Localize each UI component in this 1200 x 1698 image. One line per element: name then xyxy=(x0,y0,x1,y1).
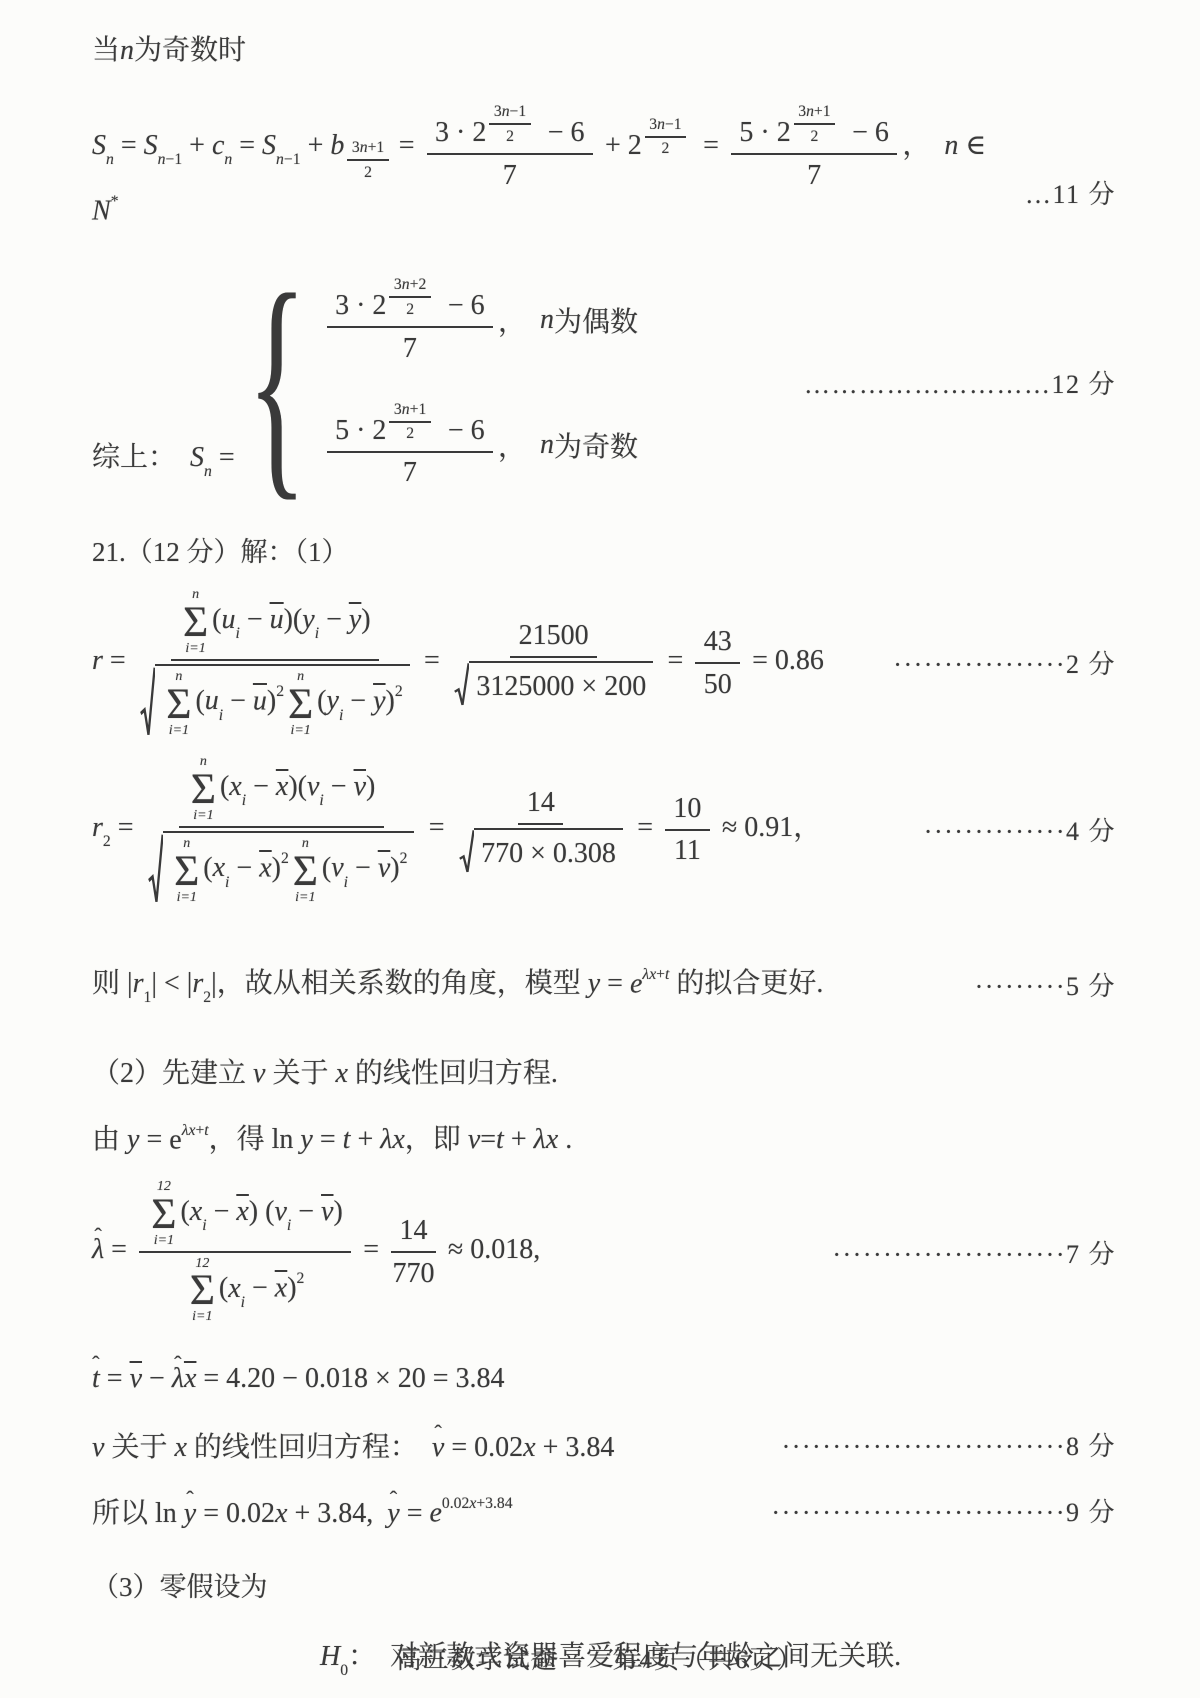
sqrt-group: 3125000 × 200 xyxy=(454,661,653,707)
denominator: 770 × 0.308 xyxy=(457,825,626,874)
superscript-group: 23n−12 xyxy=(628,115,689,162)
fraction: 1011 xyxy=(665,791,710,869)
math-var: y xyxy=(302,604,314,635)
equation-lambda-hat: ˆλ = 12Σi=1(xi − x) (vi − v)12Σi=1(xi − … xyxy=(92,1179,1116,1325)
text-run: 的线性回归方程. xyxy=(348,1058,558,1089)
text-run: − xyxy=(223,685,253,716)
part2-header: （2）先建立 v 关于 x 的线性回归方程. xyxy=(92,1051,1116,1091)
subscript-group: xi xyxy=(229,769,246,811)
text-run: − xyxy=(207,1196,237,1227)
text-run: 2 xyxy=(364,164,372,181)
text-run: 2 xyxy=(276,683,284,700)
text-run: + xyxy=(598,130,628,161)
text-run: = 0.02 xyxy=(444,1432,523,1463)
subscript: n xyxy=(204,463,212,481)
overbar-var: x xyxy=(259,852,271,883)
overbar-var: x xyxy=(275,1273,287,1304)
part3-label: （3）零假设为 xyxy=(92,1565,268,1604)
text-run: 14 xyxy=(527,787,555,818)
text-run: = 0.02 xyxy=(196,1498,275,1529)
text-run: 2 xyxy=(406,301,414,318)
text-run: = xyxy=(232,130,262,161)
subscript-group: xi xyxy=(228,1271,245,1313)
fraction: 5 · 23n+12 − 67 xyxy=(327,400,493,491)
fraction: 3n−12 xyxy=(645,115,687,159)
hat-var: ˆy xyxy=(387,1494,399,1530)
superscript: λx+t xyxy=(182,1122,209,1140)
text-run: = xyxy=(480,1124,496,1155)
sigma-sum: nΣi=1 xyxy=(293,836,318,905)
fraction: 5 · 23n+12 − 67 xyxy=(731,102,897,193)
numerator: 3 · 23n−12 − 6 xyxy=(427,102,593,155)
statement-when-n-odd: 当n为奇数时 xyxy=(92,28,1116,68)
superscript: 2 xyxy=(297,1269,305,1289)
math-var: λx xyxy=(182,1122,196,1139)
superscript-group: (xi − x)2 xyxy=(219,1269,305,1312)
math-var: S xyxy=(144,130,158,161)
text-run: = xyxy=(600,968,630,999)
superscript-group: N* xyxy=(92,193,119,227)
hat-mark-icon: ˆ xyxy=(174,1351,181,1377)
overbar-var: y xyxy=(373,685,385,716)
text-run: + 3.84 xyxy=(536,1432,615,1463)
score-8: ····························8 分 xyxy=(782,1426,1116,1463)
sum-lower-limit: i=1 xyxy=(295,890,315,905)
sum-lower-limit: i=1 xyxy=(193,808,213,823)
score-4: ··············4 分 xyxy=(924,811,1116,848)
superscript-group: (yi − y)2 xyxy=(317,682,403,725)
subscript-group: ui xyxy=(205,683,223,725)
math-var: v xyxy=(331,852,343,883)
sigma-icon: Σ xyxy=(183,603,208,641)
math-var: y xyxy=(327,685,339,716)
fraction: 215003125000 × 200 xyxy=(452,618,656,707)
math-var: b xyxy=(330,130,344,161)
text-run: −1 xyxy=(165,151,182,168)
hat-var: ˆv xyxy=(432,1428,444,1464)
math-var: x xyxy=(228,1273,240,1304)
fraction: 3 · 23n−12 − 67 xyxy=(427,102,593,193)
fraction: 3 · 23n+22 − 67 xyxy=(327,275,493,366)
text-run: ( xyxy=(195,685,204,716)
text-run: 0.02 xyxy=(442,1495,469,1512)
sqrt-group: 770 × 0.308 xyxy=(459,828,623,874)
text-run: = 0.86 xyxy=(745,645,824,676)
text-run: − xyxy=(319,604,349,635)
superscript-group: 23n+12 xyxy=(777,102,838,150)
text-run: − xyxy=(229,852,259,883)
subscript-group: Sn−1 xyxy=(144,130,183,169)
superscript: 2 xyxy=(400,849,408,869)
math-var: v xyxy=(307,771,319,802)
math-var: n xyxy=(120,35,134,66)
hat-mark-icon: ˆ xyxy=(434,1420,441,1446)
numerator: 14 xyxy=(518,785,563,825)
superscript: λx+t xyxy=(642,966,669,984)
subscript-group: Sn xyxy=(190,442,212,481)
text-run: 7 xyxy=(503,160,517,191)
text-run: 2 xyxy=(395,683,403,700)
math-var: r xyxy=(92,812,103,843)
radicand: 3125000 × 200 xyxy=(469,661,653,707)
text-run: − xyxy=(348,852,378,883)
text-run: + 3.84, xyxy=(287,1498,387,1529)
numerator: 3n−1 xyxy=(645,115,687,138)
text-run: ( xyxy=(317,685,326,716)
text-run: 为偶数 xyxy=(554,300,638,340)
superscript: 3n+12 xyxy=(386,400,433,444)
superscript: 3n+12 xyxy=(791,102,838,146)
math-var: x xyxy=(190,1196,202,1227)
text-run: − xyxy=(142,1363,172,1394)
subscript: n xyxy=(106,151,114,169)
r1-formula: r = nΣi=1(ui − u)(yi − y)nΣi=1(ui − u)2n… xyxy=(92,587,824,738)
text-run: + xyxy=(301,130,331,161)
math-var: n xyxy=(276,151,284,168)
numerator: 3n−1 xyxy=(489,102,531,125)
text-run: 的拟合更好. xyxy=(669,968,823,999)
math-var: n xyxy=(402,276,410,293)
text-run: ( xyxy=(203,852,212,883)
subscript: n−1 xyxy=(276,151,301,169)
text-run: ) ( xyxy=(249,1196,275,1227)
equation-sn-summary: 综上： Sn = {3 · 23n+22 − 67， n为偶数5 · 23n+1… xyxy=(92,275,1116,490)
text-run: ( xyxy=(180,1196,189,1227)
numerator: 3n+2 xyxy=(389,275,431,298)
text-run: 50 xyxy=(704,669,732,700)
text-run: +1 xyxy=(368,139,385,156)
subscript: 2 xyxy=(203,989,211,1007)
superscript-group: e0.02x+3.84 xyxy=(429,1495,512,1529)
math-var: x xyxy=(174,1432,186,1463)
text-run: 3 xyxy=(798,103,806,120)
text-run: | < | xyxy=(151,968,192,999)
text-run: 所以 ln xyxy=(92,1498,184,1529)
brace-icon: { xyxy=(247,280,307,485)
math-var: λx xyxy=(534,1124,559,1155)
text-run: = xyxy=(139,1124,169,1155)
denominator: 7 xyxy=(403,453,417,491)
text-run: + xyxy=(350,1124,380,1155)
score-12: ………………………12 分 xyxy=(804,364,1116,401)
text-run: 为奇数时 xyxy=(134,35,246,66)
math-var: λx xyxy=(380,1124,405,1155)
subscript-group: r2 xyxy=(192,968,211,1007)
problem-21-header: 21.（12 分）解：（1） xyxy=(92,530,1116,569)
fraction: 3n+12 xyxy=(347,138,389,182)
text-run: − xyxy=(240,604,270,635)
sum-lower-limit: i=1 xyxy=(192,1309,212,1324)
text-run: = xyxy=(114,130,144,161)
overbar-var: y xyxy=(349,604,361,635)
fraction: 14770 × 0.308 xyxy=(457,785,626,874)
text-run: 由 xyxy=(92,1124,127,1155)
superscript: 2 xyxy=(276,682,284,702)
denominator: 770 xyxy=(392,1253,434,1291)
r2-formula: r2 = nΣi=1(xi − x)(vi − v)nΣi=1(xi − x)2… xyxy=(92,754,821,905)
radical-icon xyxy=(459,828,474,874)
subscript: 2 xyxy=(103,833,111,851)
text-run: 770 × 0.308 xyxy=(481,836,616,871)
problem-21-label: 21.（12 分）解：（1） xyxy=(92,530,349,569)
subscript-group: xi xyxy=(213,850,230,892)
text-run: ) xyxy=(272,852,281,883)
text-run: = xyxy=(104,1234,134,1265)
case-row: 5 · 23n+12 − 67， n为奇数 xyxy=(322,400,638,491)
math-var: y xyxy=(127,1124,139,1155)
text-run: 综上： xyxy=(92,442,190,473)
fraction: 12Σi=1(xi − x) (vi − v)12Σi=1(xi − x)2 xyxy=(139,1179,351,1325)
hat-mark-icon: ˆ xyxy=(390,1486,397,1512)
denominator: 7 xyxy=(403,328,417,366)
math-var: n xyxy=(806,103,814,120)
text-run: = xyxy=(100,1363,130,1394)
text-run: −1 xyxy=(665,116,682,133)
superscript: 3n−12 xyxy=(642,115,689,159)
numerator: 43 xyxy=(695,624,740,664)
sigma-sum: 12Σi=1 xyxy=(190,1256,215,1325)
superscript: * xyxy=(111,193,119,211)
math-var: u xyxy=(221,604,235,635)
denominator: 2 xyxy=(364,161,372,182)
sigma-sum: nΣi=1 xyxy=(191,754,216,823)
text-run: 2 xyxy=(203,989,211,1006)
math-var: v xyxy=(274,1196,286,1227)
text-run: − 6 xyxy=(838,117,889,148)
sigma-sum: nΣi=1 xyxy=(183,587,208,656)
text-run: 5 · xyxy=(739,117,776,148)
text-run: （2）先建立 xyxy=(92,1058,253,1089)
math-var: n xyxy=(106,151,114,168)
text-run: + xyxy=(504,1124,534,1155)
math-var: r xyxy=(133,968,144,999)
case-rows: 3 · 23n+22 − 67， n为偶数5 · 23n+12 − 67， n为… xyxy=(322,275,638,490)
hat-var: ˆλ xyxy=(92,1231,104,1267)
sigma-sum: nΣi=1 xyxy=(288,669,313,738)
text-run: 3 · xyxy=(335,290,372,321)
score-7: ·······················7 分 xyxy=(832,1234,1116,1271)
superscript-group: (ui − u)2 xyxy=(195,682,284,725)
math-var: n xyxy=(540,429,554,461)
math-var: e xyxy=(630,968,642,999)
superscript-group: 23n+22 xyxy=(372,275,433,323)
text-run: . xyxy=(558,1124,572,1155)
text-run: = xyxy=(630,812,660,843)
fraction: 3n+12 xyxy=(389,400,431,444)
text-run: = xyxy=(356,1234,386,1265)
derivation-text: 由 y = eλx+t，得 ln y = t + λx，即 v=t + λx . xyxy=(92,1117,572,1157)
superscript: 3n+22 xyxy=(386,275,433,319)
math-var: y xyxy=(300,1124,312,1155)
text-run: ) xyxy=(361,604,370,635)
fraction: 4350 xyxy=(695,624,740,702)
text-run: 7 xyxy=(807,160,821,191)
text-run: − xyxy=(246,771,276,802)
text-run: 关于 xyxy=(104,1432,174,1463)
superscript-group: (xi − x)2 xyxy=(203,849,289,892)
sn-piecewise-formula: 综上： Sn = {3 · 23n+22 − 67， n为偶数5 · 23n+1… xyxy=(92,275,638,490)
superscript: 2 xyxy=(395,682,403,702)
text-run: +1 xyxy=(410,401,427,418)
text-run: 43 xyxy=(704,626,732,657)
denominator: 2 xyxy=(810,125,818,146)
text-run: 2 xyxy=(662,140,670,157)
subscript-group: Sn xyxy=(92,130,114,169)
text-run: 2 xyxy=(628,130,642,161)
text-run: 2 xyxy=(777,117,791,148)
text-run: )( xyxy=(288,771,307,802)
part3-header: （3）零假设为 xyxy=(92,1565,1116,1604)
fraction: 14770 xyxy=(391,1213,436,1291)
sqrt-group: nΣi=1(ui − u)2nΣi=1(yi − y)2 xyxy=(140,664,410,738)
text-run: * xyxy=(111,193,119,210)
text-run: 2 xyxy=(400,850,408,867)
sum-lower-limit: i=1 xyxy=(154,1233,174,1248)
sum-lower-limit: i=1 xyxy=(169,723,189,738)
sum-lower-limit: i=1 xyxy=(177,890,197,905)
text-run: 2 xyxy=(810,128,818,145)
statement-model-comparison: 则 |r1| < |r2|，故从相关系数的角度，模型 y = eλx+t 的拟合… xyxy=(92,961,1116,1007)
text-run: 3 xyxy=(494,103,502,120)
text-run: 2 xyxy=(472,117,486,148)
fraction: 3n−12 xyxy=(489,102,531,146)
subscript: 3n+12 xyxy=(344,138,391,182)
subscript-group: Sn−1 xyxy=(262,130,301,169)
math-var: e xyxy=(429,1498,441,1529)
text-run: ，即 xyxy=(405,1124,468,1155)
hat-mark-icon: ˆ xyxy=(186,1486,193,1512)
equation-v-regression: v 关于 x 的线性回归方程： ˆv = 0.02x + 3.84 ······… xyxy=(92,1425,1116,1465)
text-run: +2 xyxy=(410,276,427,293)
equation-r1: r = nΣi=1(ui − u)(yi − y)nΣi=1(ui − u)2n… xyxy=(92,587,1116,738)
text-run: +1 xyxy=(814,103,831,120)
t-hat-formula: ˆt = v − ˆλx = 4.20 − 0.018 × 20 = 3.84 xyxy=(92,1359,505,1395)
sigma-icon: Σ xyxy=(151,1195,176,1233)
text-run: ) xyxy=(390,852,399,883)
text-run: = xyxy=(313,1124,343,1155)
subscript-group: r1 xyxy=(133,968,152,1007)
math-var: x xyxy=(335,1058,347,1089)
text-run: = xyxy=(392,130,422,161)
sigma-sum: 12Σi=1 xyxy=(151,1179,176,1248)
text-run: ) xyxy=(333,1196,342,1227)
text-run: 2 xyxy=(297,1270,305,1287)
text-run: +3.84 xyxy=(476,1495,512,1512)
equation-lny: 所以 ln ˆy = 0.02x + 3.84, ˆy = e0.02x+3.8… xyxy=(92,1491,1116,1531)
text-run: 2 xyxy=(372,290,386,321)
radical-icon xyxy=(454,661,469,707)
text-run: = xyxy=(422,812,452,843)
superscript: 0.02x+3.84 xyxy=(442,1495,513,1513)
text-run: )( xyxy=(284,604,303,635)
text-run: = xyxy=(417,645,447,676)
fraction: nΣi=1(xi − x)(vi − v)nΣi=1(xi − x)2nΣi=1… xyxy=(146,754,417,905)
text-run: ， xyxy=(902,130,944,161)
text-run: = xyxy=(689,130,726,161)
text-run: − xyxy=(343,685,373,716)
sqrt-group: nΣi=1(xi − x)2nΣi=1(vi − v)2 xyxy=(148,831,415,905)
text-run: = xyxy=(400,1498,430,1529)
score-9: ·····························9 分 xyxy=(771,1492,1116,1529)
denominator: 11 xyxy=(674,831,701,869)
text-run: 2 xyxy=(406,425,414,442)
score-5: ·········5 分 xyxy=(975,966,1116,1003)
sigma-icon: Σ xyxy=(288,685,313,723)
denominator: 2 xyxy=(406,423,414,444)
page-footer-text: 高三数学试题 第4页（共6页） xyxy=(396,1647,803,1674)
piecewise-cases: {3 · 23n+22 − 67， n为偶数5 · 23n+12 − 67， n… xyxy=(242,275,638,490)
text-run: − xyxy=(324,771,354,802)
text-run: ) xyxy=(386,685,395,716)
math-var: x xyxy=(229,771,241,802)
text-run: + xyxy=(195,1122,204,1139)
text-run: 3 · xyxy=(435,117,472,148)
text-run: 21500 xyxy=(519,620,589,651)
sigma-sum: nΣi=1 xyxy=(174,836,199,905)
text-run: 2 xyxy=(281,850,289,867)
math-var: r xyxy=(192,968,203,999)
text-run: 3 xyxy=(352,139,360,156)
text-run: ) xyxy=(287,1273,296,1304)
denominator: nΣi=1(xi − x)2nΣi=1(vi − v)2 xyxy=(146,828,417,905)
math-var: u xyxy=(205,685,219,716)
hat-var: ˆt xyxy=(92,1359,100,1395)
math-var: S xyxy=(190,442,204,473)
overbar-var: u xyxy=(253,685,267,716)
text-run: ( xyxy=(220,771,229,802)
text-run: 11 xyxy=(674,835,701,866)
numerator: 3n+1 xyxy=(347,138,389,161)
equation-r2: r2 = nΣi=1(xi − x)(vi − v)nΣi=1(xi − x)2… xyxy=(92,754,1116,905)
math-var: S xyxy=(262,130,276,161)
text-run: −1 xyxy=(284,151,301,168)
text-run: |，故从相关系数的角度，模型 xyxy=(211,968,588,999)
subscript-group: yi xyxy=(302,602,319,644)
text-run: 5 · xyxy=(335,415,372,446)
radicand: 770 × 0.308 xyxy=(474,828,623,874)
text-run: 3 xyxy=(394,401,402,418)
math-var: v xyxy=(468,1124,480,1155)
text-run: − 6 xyxy=(434,290,485,321)
fraction: nΣi=1(ui − u)(yi − y)nΣi=1(ui − u)2nΣi=1… xyxy=(138,587,412,738)
radical-icon xyxy=(140,664,155,738)
sigma-icon: Σ xyxy=(293,852,318,890)
v-regression-formula: v 关于 x 的线性回归方程： ˆv = 0.02x + 3.84 xyxy=(92,1425,614,1465)
numerator: 14 xyxy=(391,1213,436,1253)
denominator: 2 xyxy=(506,125,514,146)
overbar-var: u xyxy=(270,604,284,635)
math-var: N xyxy=(92,195,111,226)
when-n-odd-text: 当n为奇数时 xyxy=(92,28,246,68)
math-var: r xyxy=(92,645,103,676)
radical-icon xyxy=(148,831,163,905)
math-var: λx xyxy=(642,966,656,983)
score-2: ·················2 分 xyxy=(893,644,1116,681)
sigma-icon: Σ xyxy=(174,852,199,890)
subscript-group: vi xyxy=(331,850,348,892)
text-run: 则 | xyxy=(92,968,133,999)
part2-text: （2）先建立 v 关于 x 的线性回归方程. xyxy=(92,1051,558,1091)
superscript-group: 23n−12 xyxy=(472,102,533,150)
text-run: 3125000 × 200 xyxy=(476,669,646,704)
text-run: ) xyxy=(267,685,276,716)
subscript: n−1 xyxy=(158,151,183,169)
overbar-var: x xyxy=(276,771,288,802)
text-run: ( xyxy=(322,852,331,883)
equation-t-hat: ˆt = v − ˆλx = 4.20 − 0.018 × 20 = 3.84 xyxy=(92,1359,1116,1395)
text-run: + xyxy=(656,966,665,983)
math-var: x xyxy=(275,1498,287,1529)
